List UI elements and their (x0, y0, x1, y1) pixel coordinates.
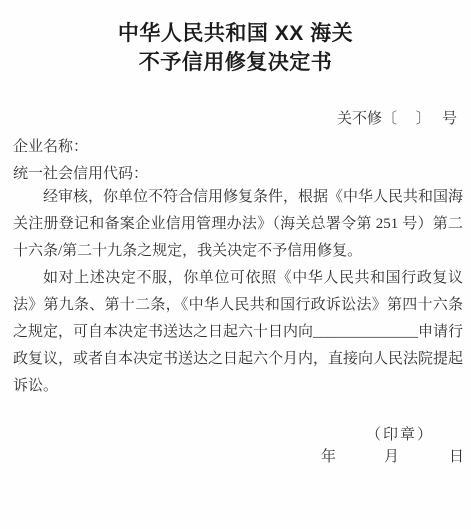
document-page: 中华人民共和国 XX 海关 不予信用修复决定书 关不修〔 〕 号 企业名称： 统… (0, 0, 471, 529)
paragraph-appeal: 如对上述决定不服，你单位可依照《中华人民共和国行政复议法》第九条、第十二条，《中… (13, 265, 463, 400)
title-line-1: 中华人民共和国 XX 海关 (0, 19, 471, 48)
body-text: 经审核，你单位不符合信用修复条件，根据《中华人民共和国海关注册登记和备案企业信用… (13, 184, 463, 400)
date-month-label: 月 (384, 445, 399, 466)
date-line: 年 月 日 (0, 445, 471, 465)
credit-code-label: 统一社会信用代码： (13, 162, 148, 183)
company-name-label: 企业名称： (13, 135, 88, 156)
date-day-label: 日 (449, 445, 464, 466)
date-year-label: 年 (321, 445, 336, 466)
doc-number: 关不修〔 〕 号 (337, 107, 457, 128)
seal-placeholder: （印章） (366, 423, 434, 444)
title-line-2: 不予信用修复决定书 (0, 48, 471, 77)
paragraph-decision: 经审核，你单位不符合信用修复条件，根据《中华人民共和国海关注册登记和备案企业信用… (13, 184, 463, 265)
document-title: 中华人民共和国 XX 海关 不予信用修复决定书 (0, 19, 471, 77)
